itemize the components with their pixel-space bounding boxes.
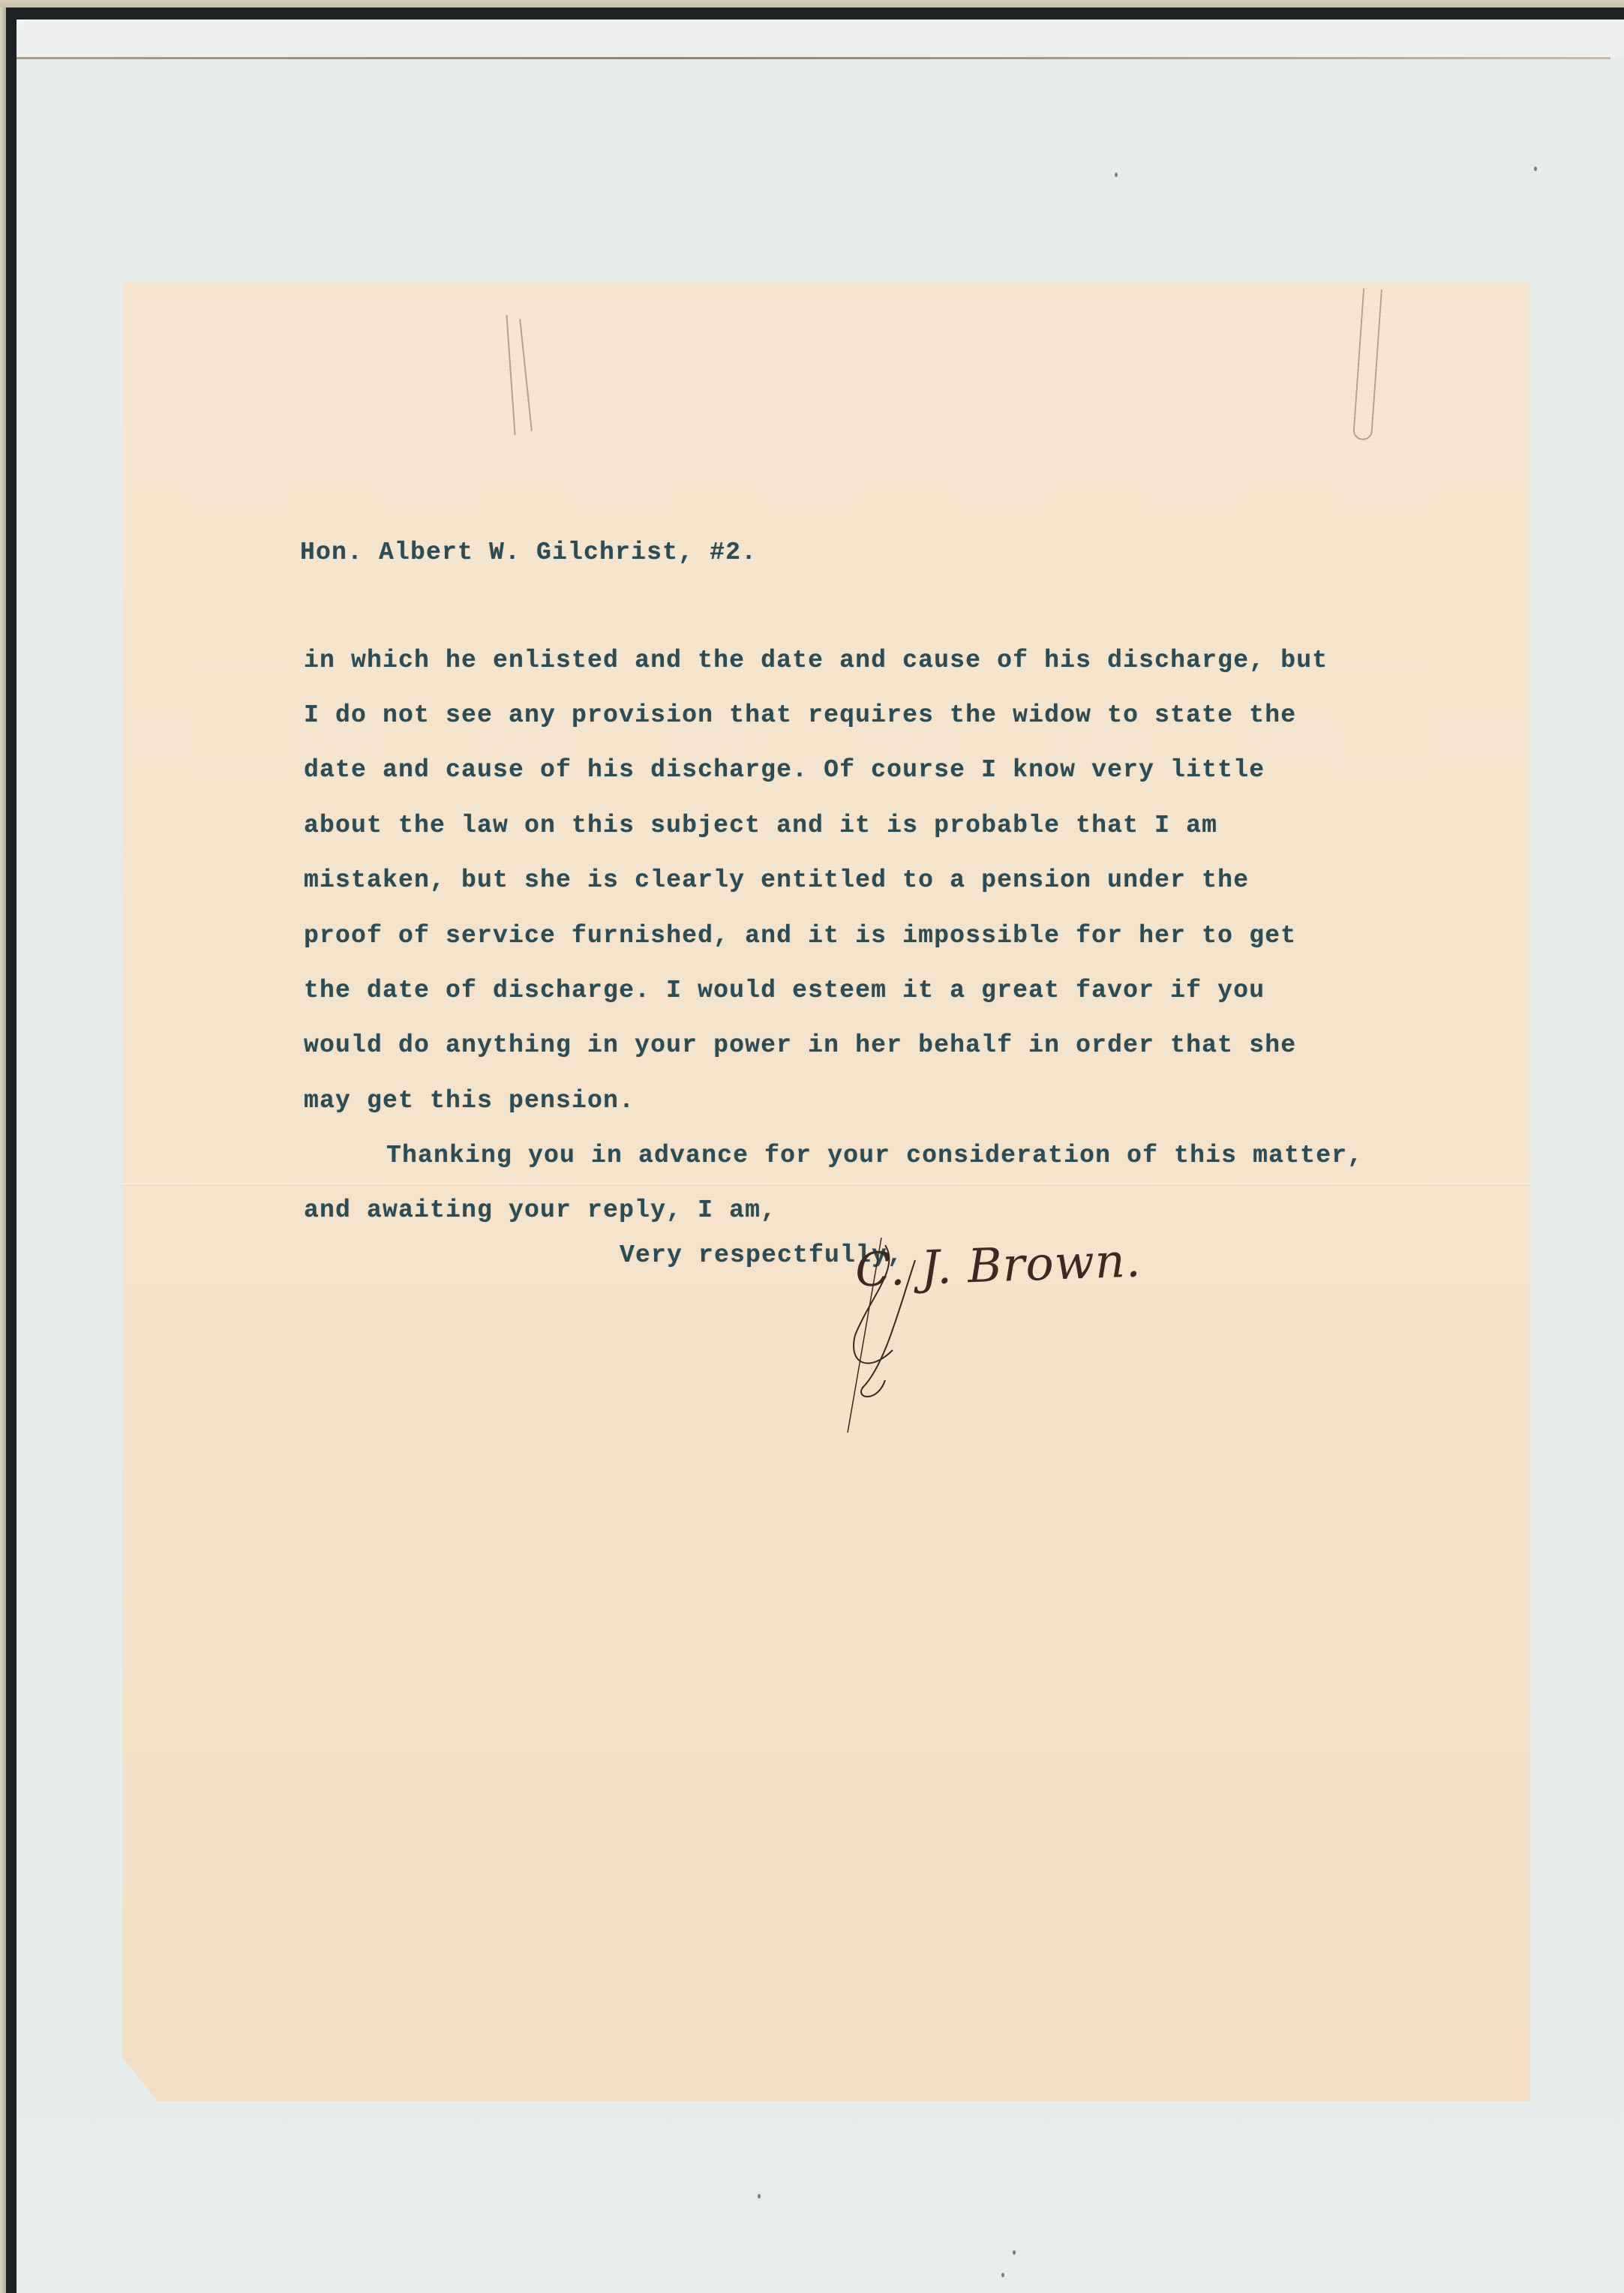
dust-speck [758, 2194, 761, 2198]
body-line: I do not see any provision that requires… [304, 701, 1296, 729]
mat-upper-panel [17, 20, 1624, 57]
dust-speck [1001, 2273, 1004, 2277]
frame-left-edge [6, 8, 17, 2293]
letter-heading: Hon. Albert W. Gilchrist, #2. [300, 539, 757, 566]
paper-fold-line [122, 1181, 1530, 1186]
body-line: about the law on this subject and it is … [304, 812, 1217, 839]
body-line: mistaken, but she is clearly entitled to… [304, 866, 1249, 894]
mat-crease-line [17, 57, 1610, 59]
dust-speck [1013, 2250, 1016, 2255]
signature: C. J. Brown. [854, 1232, 1142, 1297]
body-line: date and cause of his discharge. Of cour… [304, 756, 1265, 784]
frame-top-edge [6, 8, 1624, 20]
body-line: would do anything in your power in her b… [304, 1031, 1296, 1059]
scan-edge [0, 0, 1624, 8]
closing-paragraph-line: and awaiting your reply, I am, [304, 1196, 776, 1224]
body-line: the date of discharge. I would esteem it… [304, 977, 1265, 1004]
body-line: in which he enlisted and the date and ca… [304, 647, 1328, 674]
body-line: may get this pension. [304, 1087, 635, 1115]
closing-paragraph-line: Thanking you in advance for your conside… [386, 1142, 1363, 1169]
dust-speck [1534, 167, 1537, 171]
body-line: proof of service furnished, and it is im… [304, 922, 1296, 950]
dust-speck [1115, 173, 1118, 177]
scan-edge-left [0, 8, 6, 2293]
